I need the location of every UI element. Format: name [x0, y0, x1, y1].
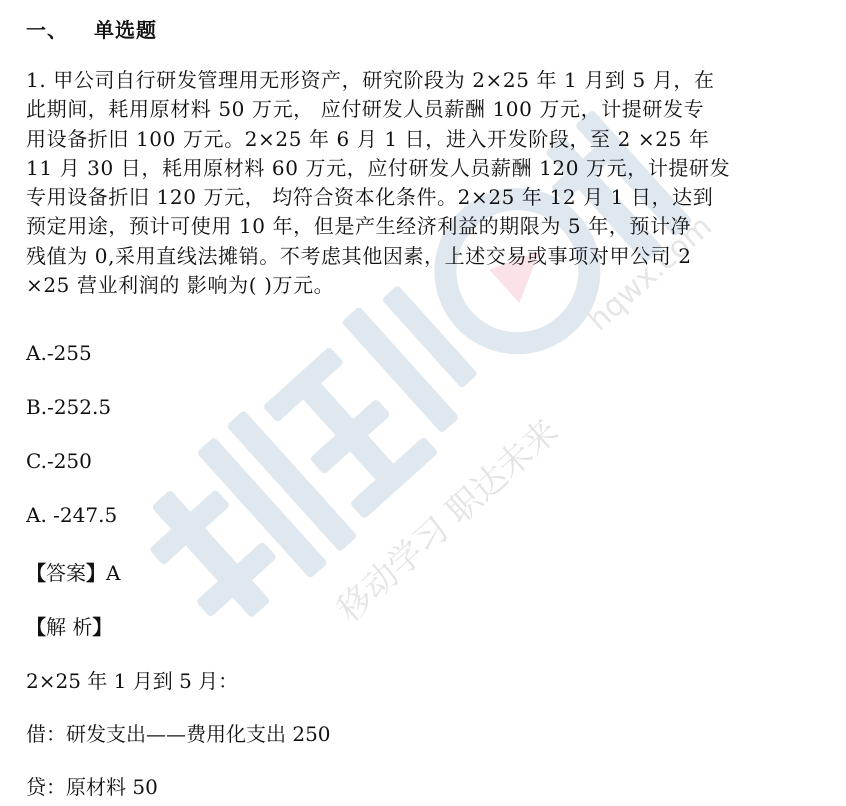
section-number: 一、: [26, 18, 68, 42]
question-line: 专用设备折旧 120 万元， 均符合资本化条件。2×25 年 12 月 1 日，…: [26, 183, 816, 212]
question-line: 此期间，耗用原材料 50 万元， 应付研发人员薪酬 100 万元，计提研发专: [26, 95, 816, 124]
option-label: A.: [26, 503, 47, 527]
option-d: A. -247.5: [26, 503, 117, 527]
question-stem: 1. 甲公司自行研发管理用无形资产，研究阶段为 2×25 年 1 月到 5 月，…: [26, 66, 816, 300]
bracket-close: 】: [92, 615, 112, 639]
question-line: 预定用途，预计可使用 10 年，但是产生经济利益的期限为 5 年，预计净: [26, 212, 816, 241]
bracket-open: 【: [26, 561, 46, 585]
option-value: -250: [47, 449, 92, 473]
analysis-label: 解 析: [46, 615, 92, 639]
question-line: 用设备折旧 100 万元。2×25 年 6 月 1 日，进入开发阶段，至 2 ×…: [26, 125, 816, 154]
analysis-heading: 【解 析】: [26, 611, 112, 640]
question-line: 残值为 0,采用直线法摊销。不考虑其他因素，上述交易或事项对甲公司 2: [26, 242, 816, 271]
question-line: 11 月 30 日，耗用原材料 60 万元，应付研发人员薪酬 120 万元，计提…: [26, 154, 816, 183]
answer-label: 答案: [46, 561, 86, 585]
question-line: ×25 营业利润的 影响为( )万元。: [26, 271, 816, 300]
option-value: -252.5: [47, 395, 111, 419]
option-a: A.-255: [26, 341, 92, 365]
option-b: B.-252.5: [26, 395, 111, 419]
section-title: 一、单选题: [26, 14, 157, 43]
bracket-close: 】: [86, 561, 106, 585]
question-line: 1. 甲公司自行研发管理用无形资产，研究阶段为 2×25 年 1 月到 5 月，…: [26, 66, 816, 95]
section-title-text: 单选题: [94, 18, 157, 42]
analysis-line: 借：研发支出——费用化支出 250: [26, 718, 331, 747]
analysis-line: 贷：原材料 50: [26, 771, 158, 800]
answer-value: A: [106, 561, 120, 585]
option-c: C.-250: [26, 449, 92, 473]
option-label: C.: [26, 449, 47, 473]
bracket-open: 【: [26, 615, 46, 639]
svg-text:移动学习 职达未来: 移动学习 职达未来: [330, 411, 567, 630]
option-value: -255: [47, 341, 92, 365]
option-label: A.: [26, 341, 47, 365]
answer-line: 【答案】A: [26, 557, 120, 586]
option-value: -247.5: [47, 503, 117, 527]
analysis-line: 2×25 年 1 月到 5 月：: [26, 665, 238, 694]
option-label: B.: [26, 395, 47, 419]
